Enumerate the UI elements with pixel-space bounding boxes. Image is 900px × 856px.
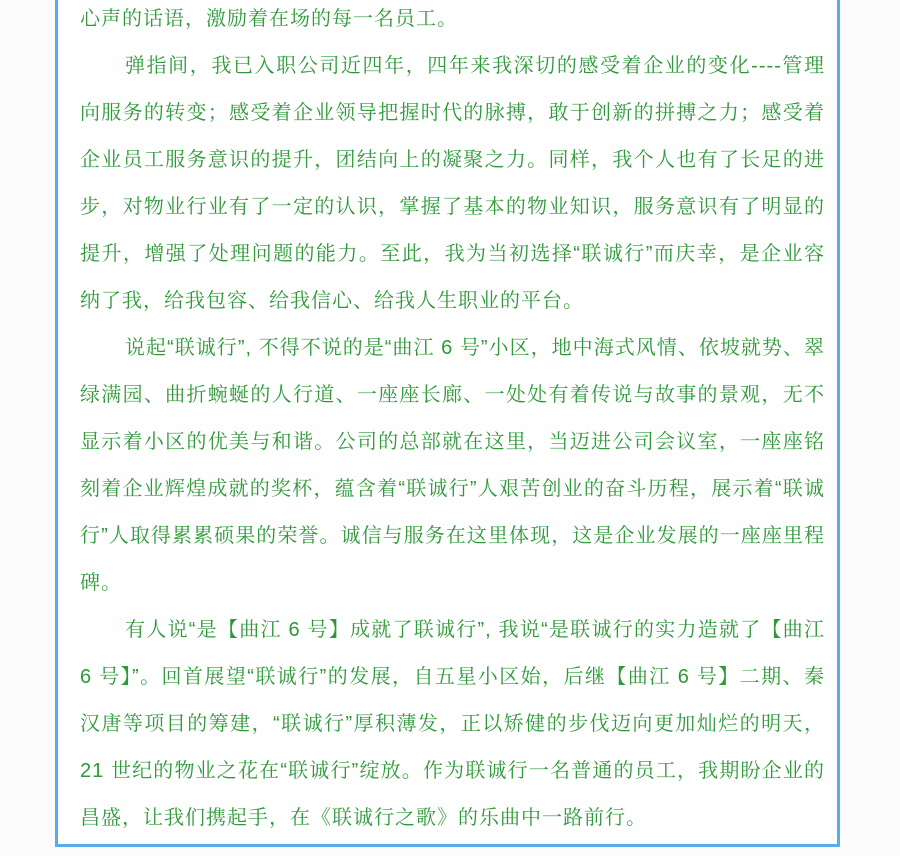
paragraph-qujiang-community: 说起“联诚行”, 不得不说的是“曲江 6 号”小区，地中海式风情、依坡就势、翠绿… bbox=[80, 325, 825, 607]
paragraph-text: 心声的话语，激励着在场的每一名员工。 bbox=[80, 8, 458, 30]
paragraph-career-reflection: 弹指间，我已入职公司近四年，四年来我深切的感受着企业的变化----管理向服务的转… bbox=[80, 43, 825, 325]
paragraph-company-future: 有人说“是【曲江 6 号】成就了联诚行”, 我说“是联诚行的实力造就了【曲江 6… bbox=[80, 607, 825, 842]
paragraph-text: 说起“联诚行”, 不得不说的是“曲江 6 号”小区，地中海式风情、依坡就势、翠绿… bbox=[80, 337, 825, 594]
paragraph-text: 弹指间，我已入职公司近四年，四年来我深切的感受着企业的变化----管理向服务的转… bbox=[80, 55, 825, 312]
document-body: 心声的话语，激励着在场的每一名员工。 弹指间，我已入职公司近四年，四年来我深切的… bbox=[80, 0, 825, 842]
paragraph-continuation: 心声的话语，激励着在场的每一名员工。 bbox=[80, 0, 825, 43]
document-page: 心声的话语，激励着在场的每一名员工。 弹指间，我已入职公司近四年，四年来我深切的… bbox=[55, 0, 840, 847]
paragraph-text: 有人说“是【曲江 6 号】成就了联诚行”, 我说“是联诚行的实力造就了【曲江 6… bbox=[80, 619, 825, 829]
